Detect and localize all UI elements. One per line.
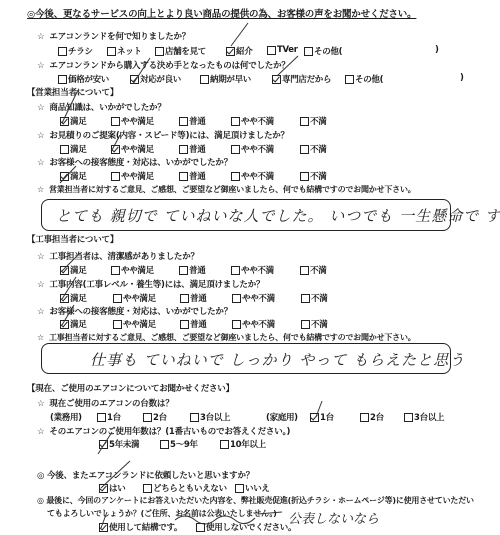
star-icon: ☆ (37, 158, 44, 168)
rating-satisfied[interactable]: 満足 (60, 170, 86, 182)
option-label: やや満足 (121, 264, 154, 276)
rating-somewhat-dissatisfied[interactable]: やや不満 (231, 143, 274, 155)
option-label: 不満 (310, 170, 326, 182)
checkbox-checked[interactable] (99, 523, 108, 532)
option-label: 普通 (189, 115, 205, 127)
years-under-5[interactable]: 5年未満 (99, 438, 139, 450)
business-1-unit[interactable]: 1台 (97, 411, 121, 423)
rating-somewhat-dissatisfied[interactable]: やや不満 (231, 170, 274, 182)
rating-somewhat-satisfied[interactable]: やや満足 (113, 292, 156, 304)
checkbox-checked[interactable] (99, 440, 108, 449)
star-icon: ☆ (37, 307, 44, 317)
star-icon: ☆ (37, 399, 44, 409)
question-label: お客様への接客態度・対応は、いかがでしたか？ (49, 158, 232, 168)
option-label: やや不満 (242, 292, 275, 304)
option-net[interactable]: ネット (107, 45, 142, 57)
rating-somewhat-dissatisfied[interactable]: やや不満 (231, 115, 274, 127)
question-label: 工事担当者に対するご意見、ご感想、ご要望など御座いましたら、何でも結構ですのでお… (49, 333, 416, 342)
star-icon: ☆ (37, 427, 44, 437)
option-label: 2台 (370, 411, 384, 423)
option-label: 10年以上 (230, 438, 266, 450)
rating-row: 満足 やや満足 普通 やや不満 不満 (60, 170, 360, 182)
question-cleanliness: ☆工事担当者は、清潔感がありましたか？ (37, 250, 199, 262)
checkbox[interactable] (196, 523, 205, 532)
checkbox[interactable] (143, 484, 152, 493)
question-label: エアコンランドから購入する決め手となったものは何でしたか？ (49, 61, 289, 71)
rating-satisfied[interactable]: 満足 (60, 318, 86, 330)
question-usage-consent-line2: てもよろしいでしょうか？(ご住所、お名前は公表いたしません。) (47, 508, 277, 519)
option-label: 使用して結構です。 (109, 521, 182, 533)
checkbox-checked[interactable] (111, 145, 120, 154)
rating-row: 満足 やや満足 普通 やや不満 不満 (60, 292, 360, 304)
rating-somewhat-dissatisfied[interactable]: やや不満 (232, 292, 275, 304)
option-label: やや満足 (121, 170, 154, 182)
checkbox[interactable] (111, 117, 120, 126)
checkbox[interactable] (190, 413, 199, 422)
checkbox-checked[interactable] (130, 75, 139, 84)
option-label: 満足 (70, 170, 86, 182)
question-label: 工事内容(工事レベル・養生等)には、満足頂けましたか？ (49, 280, 264, 290)
option-label: 不満 (310, 264, 326, 276)
question-label: お客様への接客態度・対応は、いかがでしたか？ (49, 307, 232, 317)
checkbox[interactable] (179, 145, 188, 154)
checkbox[interactable] (301, 320, 310, 329)
section-heading-sales: 【営業担当者について】 (27, 86, 118, 98)
rating-satisfied[interactable]: 満足 (60, 115, 86, 127)
checkbox-checked[interactable] (60, 294, 69, 303)
option-label: 普通 (189, 264, 205, 276)
rating-neutral[interactable]: 普通 (180, 292, 206, 304)
option-label: やや満足 (123, 292, 156, 304)
rating-dissatisfied[interactable]: 不満 (300, 170, 326, 182)
option-specialist[interactable]: 専門店だから (272, 73, 331, 85)
option-label: やや満足 (121, 115, 154, 127)
checkbox-checked[interactable] (310, 413, 319, 422)
checkbox-checked[interactable] (226, 47, 235, 56)
checkbox[interactable] (267, 46, 276, 55)
checkbox[interactable] (232, 294, 241, 303)
checkbox-checked[interactable] (60, 117, 69, 126)
home-use-label: (家庭用) (266, 411, 298, 423)
checkbox[interactable] (304, 47, 313, 56)
business-use-label: (業務用) (50, 411, 82, 423)
checkbox[interactable] (113, 320, 122, 329)
question-years-used: ☆そのエアコンのご使用年数は？(1番古いものでお答えください。) (37, 425, 290, 437)
rating-dissatisfied[interactable]: 不満 (300, 143, 326, 155)
checkbox[interactable] (179, 172, 188, 181)
option-label: やや不満 (241, 143, 274, 155)
checkbox[interactable] (345, 75, 354, 84)
option-label: 店舗を見て (165, 45, 206, 57)
star-icon: ☆ (37, 61, 44, 71)
option-label: 価格が安い (68, 73, 109, 85)
rating-somewhat-satisfied[interactable]: やや満足 (111, 143, 154, 155)
option-yes[interactable]: はい (99, 482, 125, 494)
rating-satisfied[interactable]: 満足 (60, 292, 86, 304)
star-icon: ☆ (37, 252, 44, 262)
option-tver[interactable]: TVer (267, 45, 298, 55)
option-label: 3台以上 (414, 411, 444, 423)
years-5-9[interactable]: 5〜9年 (160, 438, 198, 450)
construction-comment-prompt: ☆工事担当者に対するご意見、ご感想、ご要望など御座いましたら、何でも結構ですので… (37, 332, 416, 343)
question-label: 営業担当者に対するご意見、ご感想、ご要望など御座いましたら、何でも結構ですのでお… (49, 185, 416, 194)
option-label: 不満 (311, 292, 327, 304)
option-label: 普通 (189, 170, 205, 182)
rating-somewhat-satisfied[interactable]: やや満足 (111, 115, 154, 127)
checkbox[interactable] (58, 47, 67, 56)
checkbox[interactable] (111, 266, 120, 275)
section-heading-aircon: 【現在、ご使用のエアコンについてお聞かせください】 (27, 382, 234, 394)
option-label: やや満足 (123, 318, 156, 330)
star-icon: ☆ (37, 131, 44, 141)
option-label: ネット (117, 45, 142, 57)
option-label: その他( (314, 45, 342, 57)
option-label: 不満 (311, 318, 327, 330)
option-cheap[interactable]: 価格が安い (58, 73, 109, 85)
checkbox-checked[interactable] (99, 484, 108, 493)
checkbox[interactable] (404, 413, 413, 422)
option-label: やや不満 (242, 318, 275, 330)
checkbox-checked[interactable] (272, 75, 281, 84)
checkbox[interactable] (301, 294, 310, 303)
rating-neutral[interactable]: 普通 (179, 264, 205, 276)
years-10-plus[interactable]: 10年以上 (220, 438, 266, 450)
rating-row: 満足 やや満足 普通 やや不満 不満 (60, 115, 360, 127)
option-label: やや不満 (241, 170, 274, 182)
rating-somewhat-satisfied[interactable]: やや満足 (113, 318, 156, 330)
option-store[interactable]: 店舗を見て (155, 45, 206, 57)
checkbox-checked[interactable] (60, 172, 69, 181)
option-undecided[interactable]: どちらともいえない (143, 482, 227, 494)
option-label: 満足 (70, 115, 86, 127)
option-label: やや不満 (241, 115, 274, 127)
option-label: 満足 (70, 143, 86, 155)
checkbox-checked[interactable] (60, 320, 69, 329)
paren-close: ) (435, 45, 439, 55)
checkbox[interactable] (160, 440, 169, 449)
checkbox[interactable] (179, 117, 188, 126)
question-label: エアコンランドを何で知りましたか？ (49, 32, 190, 42)
rating-neutral[interactable]: 普通 (180, 318, 206, 330)
checkbox[interactable] (179, 266, 188, 275)
business-3plus-units[interactable]: 3台以上 (190, 411, 230, 423)
home-3plus-units[interactable]: 3台以上 (404, 411, 444, 423)
option-label: 使用しないでください。 (206, 521, 296, 533)
construction-comment-box[interactable]: 仕事も ていねいで しっかり やって もらえたと思う (41, 343, 451, 374)
option-label: 納期が早い (210, 73, 251, 85)
option-allow-use[interactable]: 使用して結構です。 (99, 521, 182, 533)
option-label: 2台 (153, 411, 167, 423)
option-label: 不満 (310, 115, 326, 127)
survey-title: ◎今後、更なるサービスの向上とより良い商品の提供の為、お客様の声をお聞かせくださ… (27, 6, 416, 20)
rating-neutral[interactable]: 普通 (179, 143, 205, 155)
home-2-units[interactable]: 2台 (360, 411, 384, 423)
construction-comment-text: 仕事も ていねいで しっかり やって もらえたと思う (90, 349, 465, 370)
star-icon: ☆ (37, 185, 44, 194)
checkbox[interactable] (113, 294, 122, 303)
option-label: 3台以上 (200, 411, 230, 423)
option-label: 1台 (107, 411, 121, 423)
question-unit-count: ☆現在ご使用のエアコンの台数は？ (37, 397, 174, 409)
checkbox[interactable] (107, 47, 116, 56)
option-deny-use[interactable]: 使用しないでください。 (196, 521, 296, 533)
option-flyer[interactable]: チラシ (58, 45, 93, 57)
option-label: チラシ (68, 45, 93, 57)
checkbox[interactable] (143, 413, 152, 422)
checkbox[interactable] (231, 145, 240, 154)
option-label: 1台 (320, 411, 334, 423)
option-no[interactable]: いいえ (235, 482, 270, 494)
option-label: どちらともいえない (153, 482, 227, 494)
sales-comment-text: とても 親切で ていねいな人でした。 いつでも 一生懸命で すごい。 (56, 205, 500, 226)
option-label: やや満足 (121, 143, 154, 155)
option-label: 普通 (190, 292, 206, 304)
option-label: 普通 (189, 143, 205, 155)
question-usage-consent-line1: ◎ 最後に、今回のアンケートにお答えいただいた内容を、弊社販売促進(折込チラシ・… (37, 495, 474, 506)
option-referral[interactable]: 紹介 (226, 45, 252, 57)
rating-neutral[interactable]: 普通 (179, 170, 205, 182)
checkbox-checked[interactable] (60, 266, 69, 275)
option-label: 満足 (70, 318, 86, 330)
rating-dissatisfied[interactable]: 不満 (300, 264, 326, 276)
option-label: その他( (355, 73, 383, 85)
checkbox[interactable] (180, 320, 189, 329)
star-icon: ☆ (37, 333, 44, 342)
star-icon: ☆ (37, 103, 44, 113)
sales-comment-prompt: ☆営業担当者に対するご意見、ご感想、ご要望など御座いましたら、何でも結構ですので… (37, 184, 416, 195)
rating-row: 満足 やや満足 普通 やや不満 不満 (60, 318, 360, 330)
section-heading-construction: 【工事担当者について】 (27, 233, 118, 245)
question-work-quality: ☆工事内容(工事レベル・養生等)には、満足頂けましたか？ (37, 278, 264, 290)
option-label: 普通 (190, 318, 206, 330)
option-label: 5〜9年 (170, 438, 198, 450)
question-label: 工事担当者は、清潔感がありましたか？ (49, 252, 198, 262)
checkbox[interactable] (300, 117, 309, 126)
sales-comment-box[interactable]: とても 親切で ていねいな人でした。 いつでも 一生懸命で すごい。 (41, 199, 451, 231)
checkbox[interactable] (60, 145, 69, 154)
checkbox[interactable] (155, 47, 164, 56)
option-label: はい (109, 482, 125, 494)
rating-row: 満足 やや満足 普通 やや不満 不満 (60, 143, 360, 155)
question-estimate: ☆お見積りのご提案(内容・スピード等)には、満足頂けましたか？ (37, 129, 289, 141)
home-1-unit[interactable]: 1台 (310, 411, 334, 423)
question-label: そのエアコンのご使用年数は？(1番古いものでお答えください。) (49, 427, 290, 437)
option-label: TVer (277, 45, 298, 55)
question-construction-attitude: ☆お客様への接客態度・対応は、いかがでしたか？ (37, 305, 232, 317)
option-label: 紹介 (236, 45, 252, 57)
star-icon: ☆ (37, 280, 44, 290)
rating-satisfied[interactable]: 満足 (60, 264, 86, 276)
option-label: 満足 (70, 292, 86, 304)
rating-somewhat-dissatisfied[interactable]: やや不満 (232, 318, 275, 330)
rating-somewhat-satisfied[interactable]: やや満足 (111, 264, 154, 276)
question-label: 商品知識は、いかがでしたか？ (49, 103, 165, 113)
checkbox[interactable] (180, 294, 189, 303)
checkbox[interactable] (232, 320, 241, 329)
option-fast-delivery[interactable]: 納期が早い (200, 73, 251, 85)
option-label: 専門店だから (282, 73, 331, 85)
question-label: 現在ご使用のエアコンの台数は？ (49, 399, 173, 409)
option-label: 不満 (310, 143, 326, 155)
rating-neutral[interactable]: 普通 (179, 115, 205, 127)
checkbox[interactable] (300, 145, 309, 154)
checkbox[interactable] (300, 266, 309, 275)
question-deciding-factor: ☆エアコンランドから購入する決め手となったものは何でしたか？ (37, 59, 290, 71)
checkbox[interactable] (97, 413, 106, 422)
rating-dissatisfied[interactable]: 不満 (301, 318, 327, 330)
option-label: いいえ (245, 482, 270, 494)
option-other[interactable]: その他( (304, 45, 342, 57)
rating-somewhat-dissatisfied[interactable]: やや不満 (231, 264, 274, 276)
question-how-heard: ☆エアコンランドを何で知りましたか？ (37, 30, 190, 42)
checkbox[interactable] (235, 484, 244, 493)
checkbox[interactable] (200, 75, 209, 84)
rating-somewhat-satisfied[interactable]: やや満足 (111, 170, 154, 182)
business-2-units[interactable]: 2台 (143, 411, 167, 423)
option-label: 対応が良い (140, 73, 181, 85)
checkbox[interactable] (360, 413, 369, 422)
question-sales-attitude: ☆お客様への接客態度・対応は、いかがでしたか？ (37, 156, 232, 168)
rating-dissatisfied[interactable]: 不満 (301, 292, 327, 304)
question-request-again: ◎ 今後、またエアコンランドに依頼したいと思いますか？ (37, 469, 254, 481)
paren-close: ) (460, 73, 464, 83)
rating-dissatisfied[interactable]: 不満 (300, 115, 326, 127)
checkbox[interactable] (300, 172, 309, 181)
checkbox[interactable] (220, 440, 229, 449)
option-label: 満足 (70, 264, 86, 276)
option-label: 5年未満 (109, 438, 139, 450)
rating-satisfied[interactable]: 満足 (60, 143, 86, 155)
option-good-service[interactable]: 対応が良い (130, 73, 181, 85)
star-icon: ☆ (37, 32, 44, 42)
option-label: やや不満 (241, 264, 274, 276)
question-product-knowledge: ☆商品知識は、いかがでしたか？ (37, 101, 166, 113)
checkbox[interactable] (111, 172, 120, 181)
rating-row: 満足 やや満足 普通 やや不満 不満 (60, 264, 360, 276)
checkbox[interactable] (231, 172, 240, 181)
checkbox[interactable] (231, 117, 240, 126)
checkbox[interactable] (231, 266, 240, 275)
option-other[interactable]: その他( (345, 73, 383, 85)
handwritten-note: 公表しないなら (288, 508, 379, 527)
checkbox[interactable] (58, 75, 67, 84)
question-label: お見積りのご提案(内容・スピード等)には、満足頂けましたか？ (49, 131, 288, 141)
